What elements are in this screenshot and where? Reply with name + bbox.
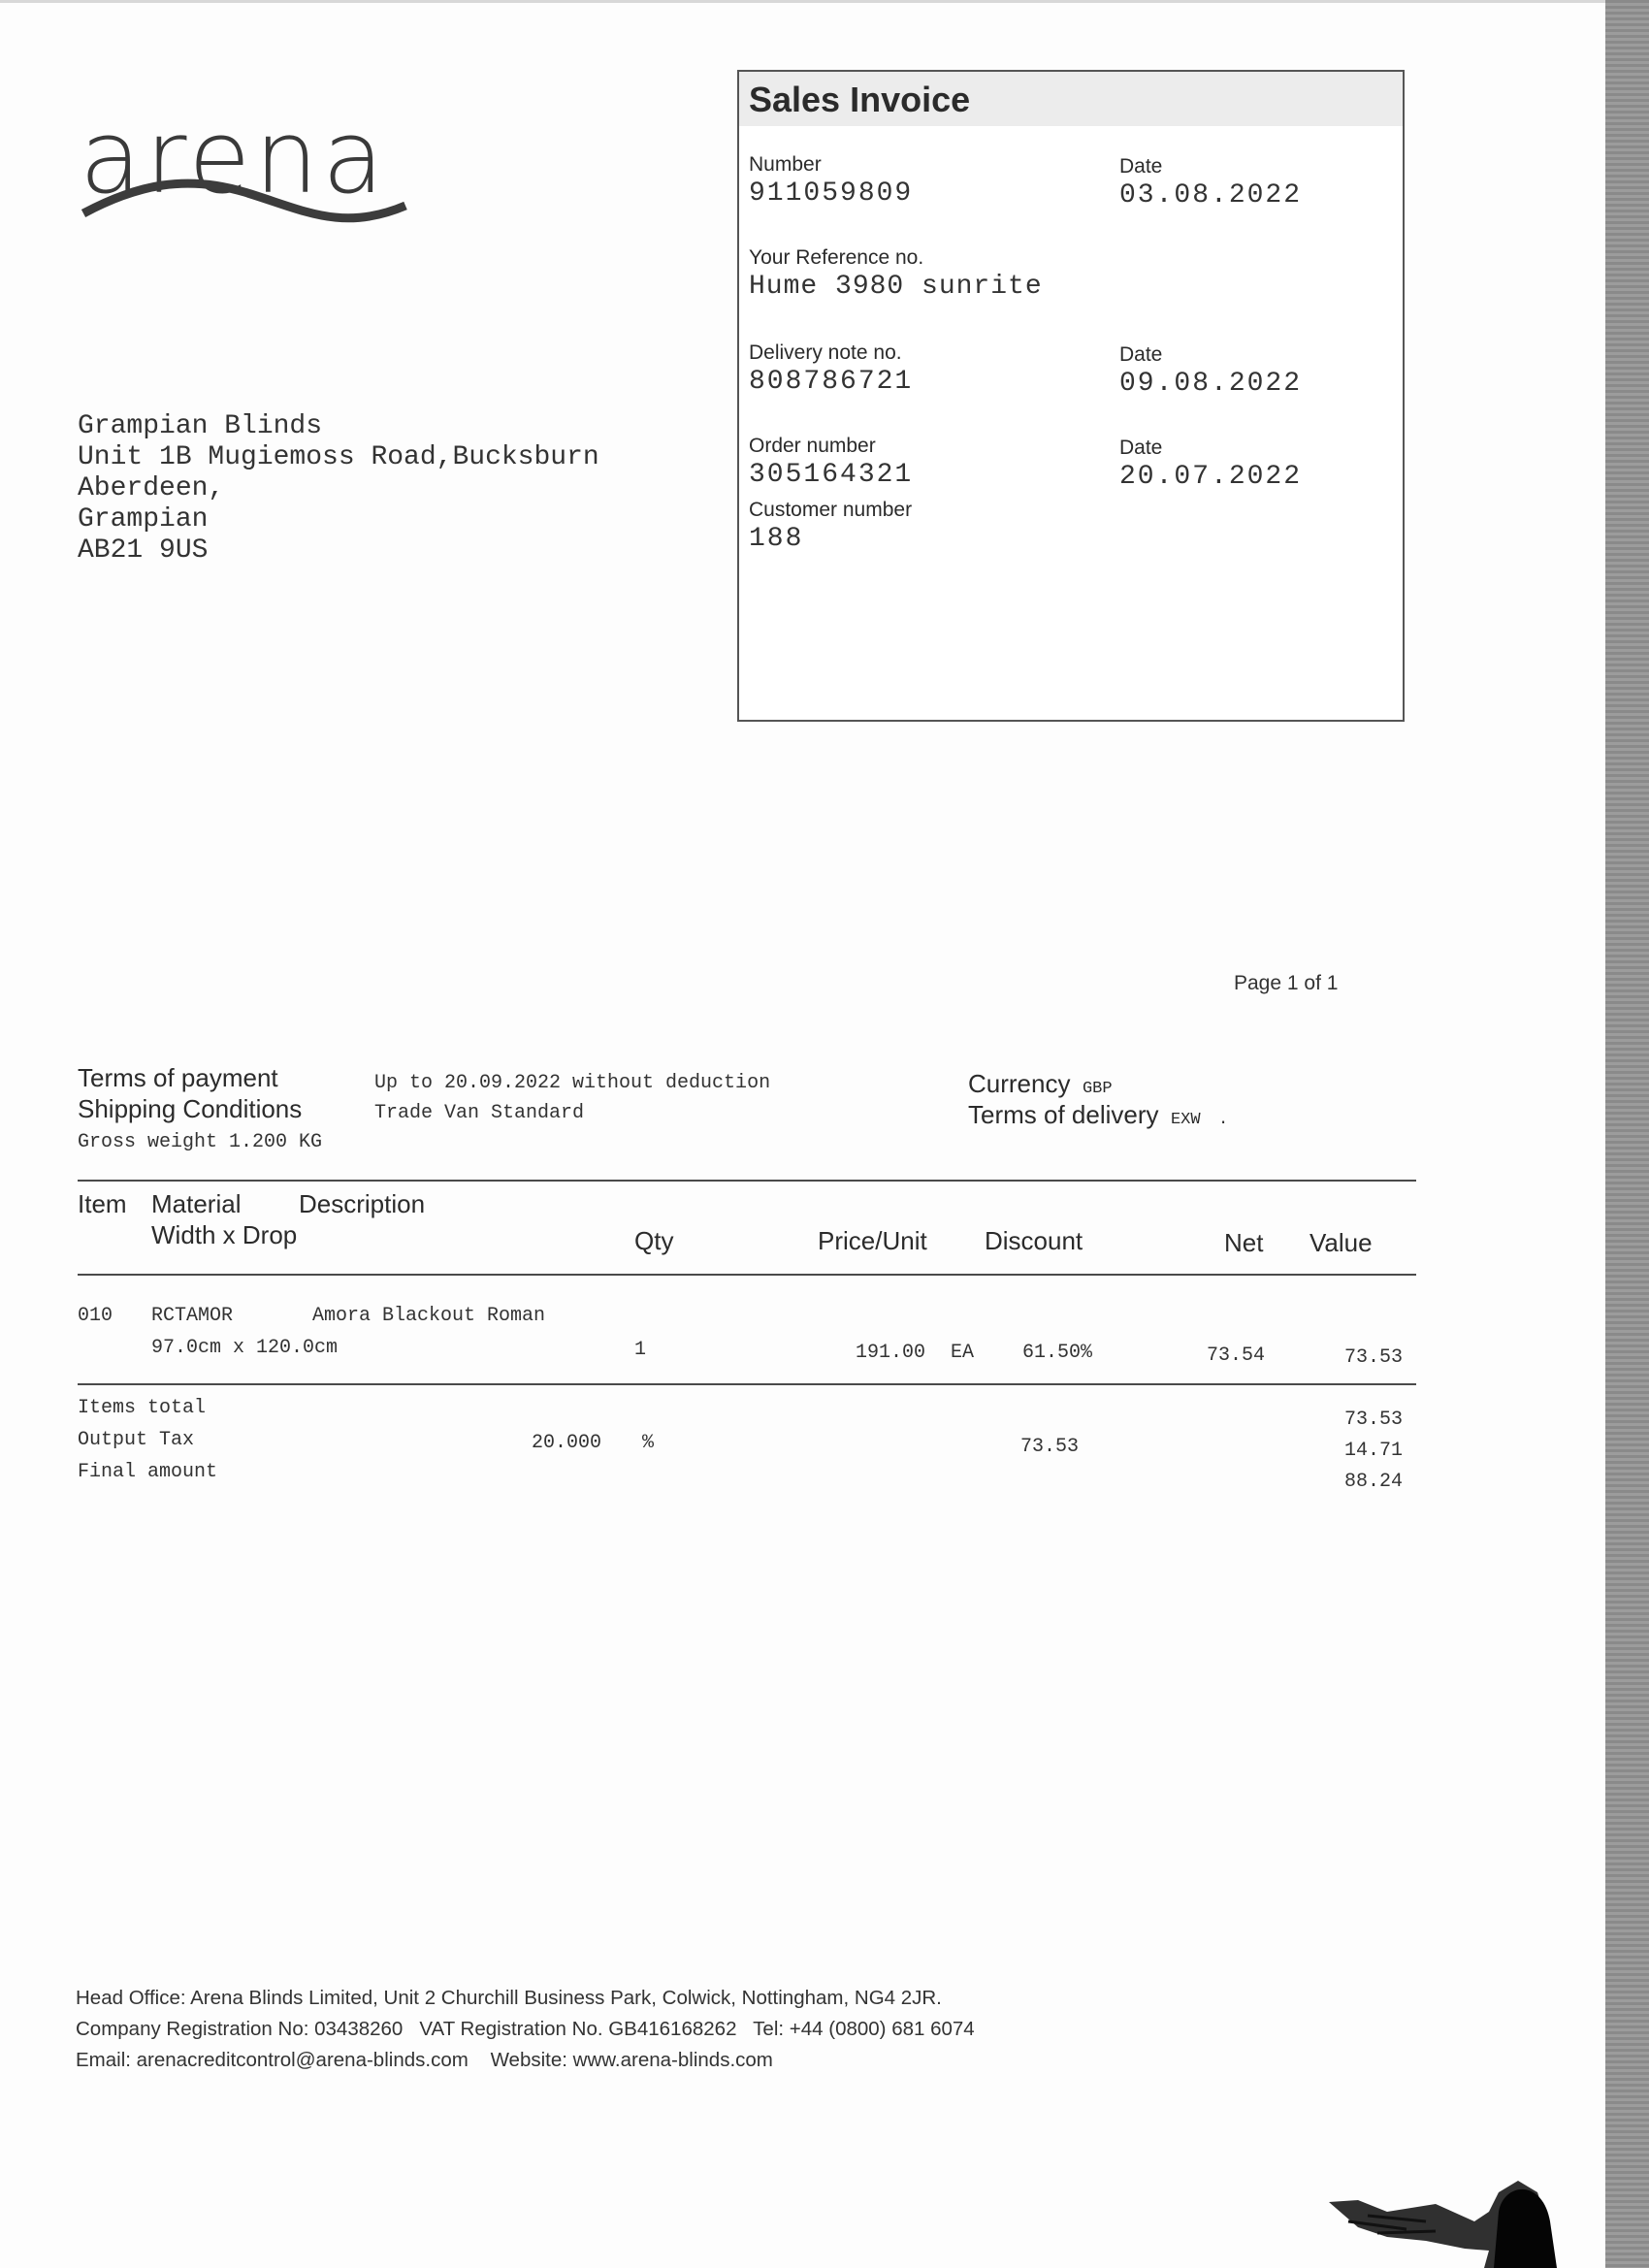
final-amount-value: 88.24: [1319, 1471, 1403, 1493]
table-top-rule: [78, 1180, 1416, 1182]
row-width-drop: 97.0cm x 120.0cm: [151, 1337, 338, 1359]
header-item: Item: [78, 1189, 127, 1219]
header-material: Material: [151, 1189, 241, 1219]
scan-edge-strip: [1605, 0, 1649, 2268]
header-price-unit: Price/Unit: [818, 1226, 927, 1256]
row-price: 191.00: [824, 1342, 925, 1364]
address-line: Grampian Blinds: [78, 411, 599, 442]
delivery-note-number: 808786721: [749, 367, 913, 397]
items-total-value: 73.53: [1319, 1409, 1403, 1431]
row-material: RCTAMOR: [151, 1305, 233, 1327]
shipping-conditions-value: Trade Van Standard: [374, 1102, 584, 1124]
address-line: Grampian: [78, 504, 599, 535]
address-line: Unit 1B Mugiemoss Road,Bucksburn: [78, 442, 599, 473]
terms-of-payment-value: Up to 20.09.2022 without deduction: [374, 1072, 770, 1094]
shipping-conditions-label: Shipping Conditions: [78, 1094, 302, 1124]
table-bottom-rule: [78, 1383, 1416, 1385]
terms-of-delivery-label: Terms of delivery: [968, 1100, 1159, 1129]
scan-top-edge: [0, 0, 1605, 3]
header-value: Value: [1309, 1228, 1373, 1258]
currency-value: GBP: [1083, 1080, 1113, 1098]
invoice-title: Sales Invoice: [749, 80, 970, 120]
terms-of-payment-label: Terms of payment: [78, 1063, 278, 1093]
customer-number-label: Customer number: [749, 499, 912, 522]
invoice-header-bar: Sales Invoice: [739, 72, 1403, 126]
currency-row: Currency GBP: [968, 1069, 1113, 1099]
row-discount: 61.50%: [999, 1342, 1092, 1364]
row-unit: EA: [951, 1342, 974, 1364]
delivery-date-label: Date: [1119, 343, 1162, 367]
header-width-drop: Width x Drop: [151, 1220, 297, 1250]
gross-weight: Gross weight 1.200 KG: [78, 1131, 322, 1153]
terms-of-delivery-row: Terms of delivery EXW .: [968, 1100, 1228, 1130]
address-line: AB21 9US: [78, 535, 599, 567]
customer-number: 188: [749, 524, 803, 554]
logo-wave-icon: [80, 116, 419, 272]
order-date-label: Date: [1119, 437, 1162, 460]
table-header-rule: [78, 1274, 1416, 1276]
delivery-date: 09.08.2022: [1119, 369, 1302, 399]
footer-contact: Email: arenacreditcontrol@arena-blinds.c…: [76, 2045, 975, 2076]
header-net: Net: [1224, 1228, 1263, 1258]
header-discount: Discount: [985, 1226, 1083, 1256]
tax-rate: 20.000: [504, 1432, 601, 1454]
delivery-note-label: Delivery note no.: [749, 341, 902, 365]
header-qty: Qty: [634, 1226, 673, 1256]
terms-of-delivery-suffix: .: [1218, 1111, 1228, 1129]
ink-smudge-icon: [1319, 2173, 1610, 2268]
row-qty: 1: [634, 1339, 646, 1361]
order-number-label: Order number: [749, 435, 876, 458]
order-date: 20.07.2022: [1119, 462, 1302, 492]
header-description: Description: [299, 1189, 425, 1219]
row-item: 010: [78, 1305, 113, 1327]
output-tax-label: Output Tax: [78, 1429, 194, 1451]
number-label: Number: [749, 153, 822, 177]
company-footer: Head Office: Arena Blinds Limited, Unit …: [76, 1983, 975, 2076]
recipient-address: Grampian Blinds Unit 1B Mugiemoss Road,B…: [78, 411, 599, 567]
tax-rate-unit: %: [642, 1432, 654, 1454]
reference-label: Your Reference no.: [749, 246, 923, 270]
invoice-info-box: Sales Invoice Number 911059809 Date 03.0…: [737, 70, 1405, 722]
tax-amount: 14.71: [1319, 1440, 1403, 1462]
address-line: Aberdeen,: [78, 473, 599, 504]
currency-label: Currency: [968, 1069, 1070, 1098]
arena-logo: arena: [80, 116, 419, 272]
final-amount-label: Final amount: [78, 1461, 217, 1483]
order-number: 305164321: [749, 460, 913, 490]
row-description: Amora Blackout Roman: [312, 1305, 545, 1327]
terms-of-delivery-value: EXW: [1171, 1111, 1201, 1129]
invoice-date: 03.08.2022: [1119, 180, 1302, 211]
row-net: 73.54: [1183, 1345, 1265, 1367]
items-total-label: Items total: [78, 1397, 206, 1419]
footer-registration: Company Registration No: 03438260 VAT Re…: [76, 2014, 975, 2045]
reference-value: Hume 3980 sunrite: [749, 272, 1043, 302]
footer-head-office: Head Office: Arena Blinds Limited, Unit …: [76, 1983, 975, 2014]
row-value: 73.53: [1319, 1346, 1403, 1369]
tax-base: 73.53: [999, 1436, 1079, 1458]
invoice-number: 911059809: [749, 178, 913, 209]
page-indicator: Page 1 of 1: [1234, 972, 1338, 995]
invoice-date-label: Date: [1119, 155, 1162, 178]
